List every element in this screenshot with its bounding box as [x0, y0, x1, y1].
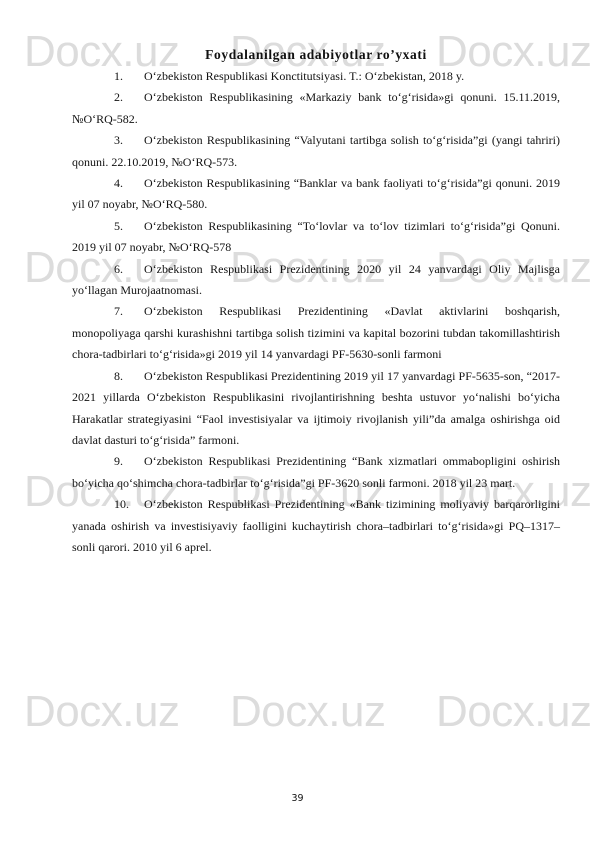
reference-number: 8.: [114, 366, 144, 387]
reference-number: 2.: [114, 87, 144, 108]
reference-list: 1.O‘zbekiston Respublikasi Konctitutsiya…: [72, 66, 560, 558]
reference-item: 6.O‘zbekiston Respublikasi Prezidentinin…: [72, 259, 560, 302]
reference-item: 3.O‘zbekiston Respublikasining “Valyutan…: [72, 130, 560, 173]
reference-item: 7.O‘zbekiston Respublikasi Prezidentinin…: [72, 301, 560, 365]
reference-text: O‘zbekiston Respublikasi Prezidentining …: [72, 262, 560, 297]
reference-item: 8.O‘zbekiston Respublikasi Prezidentinin…: [72, 366, 560, 452]
reference-item: 2.O‘zbekiston Respublikasining «Markaziy…: [72, 87, 560, 130]
reference-text: O‘zbekiston Respublikasi Prezidentining …: [72, 454, 560, 489]
watermark: Docx.uz: [230, 687, 385, 737]
reference-text: O‘zbekiston Respublikasining “To‘lovlar …: [72, 219, 560, 254]
reference-number: 5.: [114, 216, 144, 237]
reference-number: 7.: [114, 301, 144, 322]
reference-text: O‘zbekiston Respublikasi Prezidentining …: [72, 497, 560, 554]
watermark: Docx.uz: [436, 687, 591, 737]
reference-number: 3.: [114, 130, 144, 151]
page-number: 39: [0, 793, 595, 804]
document-page: Docx.uz Docx.uz Docx.uz Docx.uz Docx.uz …: [0, 0, 595, 843]
page-title: Foydalanilgan adabiyotlar ro’yxati: [72, 44, 560, 65]
watermark: Docx.uz: [24, 687, 179, 737]
reference-number: 6.: [114, 259, 144, 280]
reference-item: 9.O‘zbekiston Respublikasi Prezidentinin…: [72, 451, 560, 494]
reference-number: 1.: [114, 66, 144, 87]
reference-number: 9.: [114, 451, 144, 472]
reference-item: 5.O‘zbekiston Respublikasining “To‘lovla…: [72, 216, 560, 259]
reference-item: 1.O‘zbekiston Respublikasi Konctitutsiya…: [72, 66, 560, 87]
reference-number: 4.: [114, 173, 144, 194]
reference-text: O‘zbekiston Respublikasi Prezidentining …: [72, 304, 560, 361]
reference-item: 4.O‘zbekiston Respublikasining “Banklar …: [72, 173, 560, 216]
document-body: Foydalanilgan adabiyotlar ro’yxati 1.O‘z…: [72, 44, 560, 558]
reference-item: 10.O‘zbekiston Respublikasi Prezidentini…: [72, 494, 560, 558]
reference-text: O‘zbekiston Respublikasining “Banklar va…: [72, 176, 560, 211]
reference-number: 10.: [114, 494, 144, 515]
reference-text: O‘zbekiston Respublikasi Konctitutsiyasi…: [144, 69, 464, 83]
reference-text: O‘zbekiston Respublikasining «Markaziy b…: [72, 90, 560, 125]
reference-text: O‘zbekiston Respublikasi Prezidentining …: [72, 369, 560, 447]
reference-text: O‘zbekiston Respublikasining “Valyutani …: [72, 133, 560, 168]
